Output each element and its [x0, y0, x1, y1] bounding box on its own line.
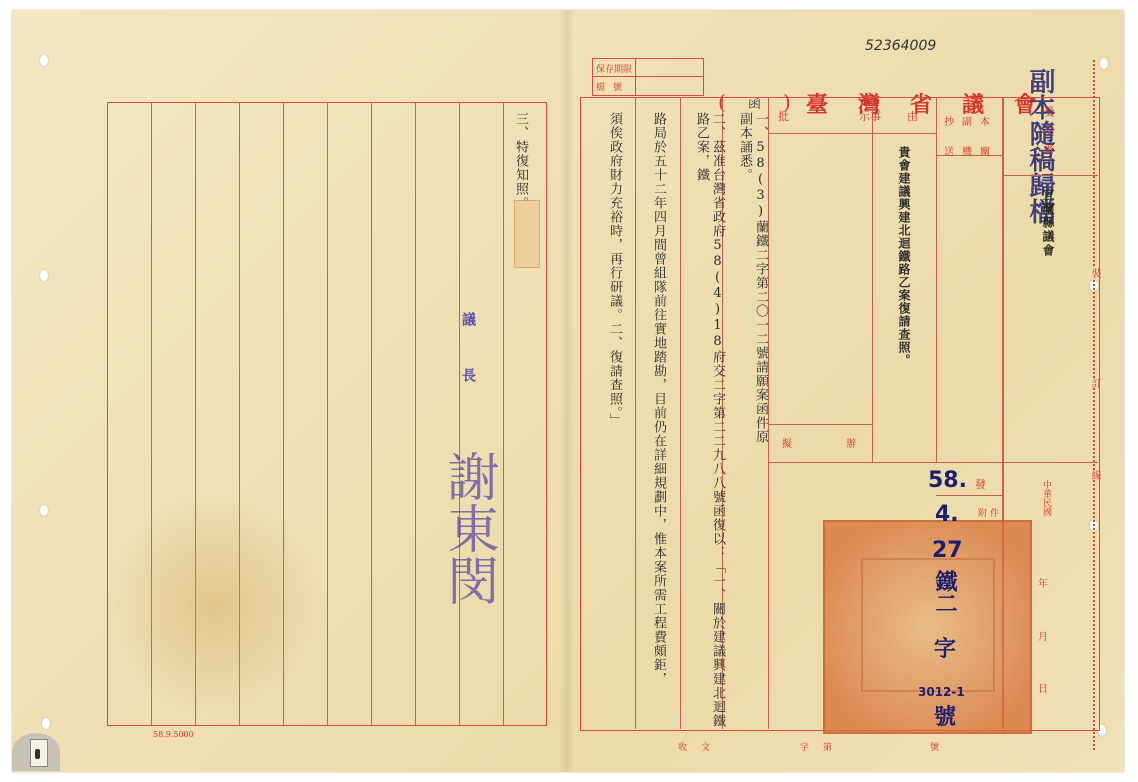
signature-name: 謝東閔	[440, 450, 496, 606]
date-month-label: 月	[1038, 628, 1048, 643]
body-paragraph-1: 一、58(3)蘭鐵二字第二〇一二號請願案函件原副本誦悉。	[736, 112, 768, 452]
official-seal	[823, 520, 1032, 734]
bottom-word-label: 字第	[800, 740, 846, 753]
archive-logo-icon	[12, 733, 60, 771]
retention-label: 保存期限	[596, 62, 632, 75]
stamp-day: 27	[932, 538, 963, 563]
punch-hole	[40, 55, 48, 66]
stamp-serial-suffix: 號	[934, 700, 956, 731]
signature-title: 議長	[458, 312, 478, 424]
retention-box: 保存期限 檔號	[592, 58, 704, 96]
subject-text: 貴會建議興建北迴鐵路乙案復請查照。	[896, 146, 913, 367]
date-day-label: 日	[1038, 680, 1048, 695]
punch-hole	[1100, 58, 1108, 69]
draft-label: 擬辦	[782, 435, 910, 450]
stamp-serial-number: 3012-1	[918, 685, 965, 699]
date-prefix: 中華民國	[1040, 480, 1053, 516]
recipient: 宜蘭縣議會	[1040, 188, 1057, 258]
stamp-year: 58.	[928, 468, 967, 493]
page-fold	[560, 10, 574, 772]
attachments-label: 附件	[978, 506, 1002, 519]
print-code: 58.9.5000	[153, 730, 194, 739]
received-seal-small	[514, 200, 540, 268]
punch-hole	[42, 718, 50, 729]
date-year-label: 年	[1038, 575, 1048, 590]
punch-hole	[40, 270, 48, 281]
recipient-label: 受文者	[1040, 106, 1056, 163]
bottom-number-label: 號	[930, 740, 939, 753]
bottom-receive-label: 收文	[678, 740, 724, 753]
punch-hole	[40, 505, 48, 516]
stamp-serial-prefix: 鐵二	[932, 570, 956, 614]
paper-stain	[105, 490, 325, 720]
archive-number: 52364009	[865, 38, 936, 54]
body-paragraph-2-end: 須俟政府財力充裕時，再行研議。二、復請查照。」	[606, 112, 622, 452]
cc-label: 抄副本送機關	[944, 108, 1000, 168]
body-paragraph-2-cont: 路局於五十二年四月間曾組隊前往實地踏勘，目前仍在詳細規劃中，惟本案所需工程費頗鉅…	[650, 112, 666, 732]
body-paragraph-2: 二、茲准台灣省政府58(4)18府交二字第二二九八八號函復以：「一、關於建議興建…	[693, 112, 725, 732]
file-no-label: 檔號	[596, 80, 630, 93]
stamp-month: 4.	[935, 502, 959, 527]
issue-label: 發	[975, 476, 986, 492]
stamp-serial-mid: 字	[934, 632, 956, 663]
instruction-header: 批示	[778, 108, 940, 124]
